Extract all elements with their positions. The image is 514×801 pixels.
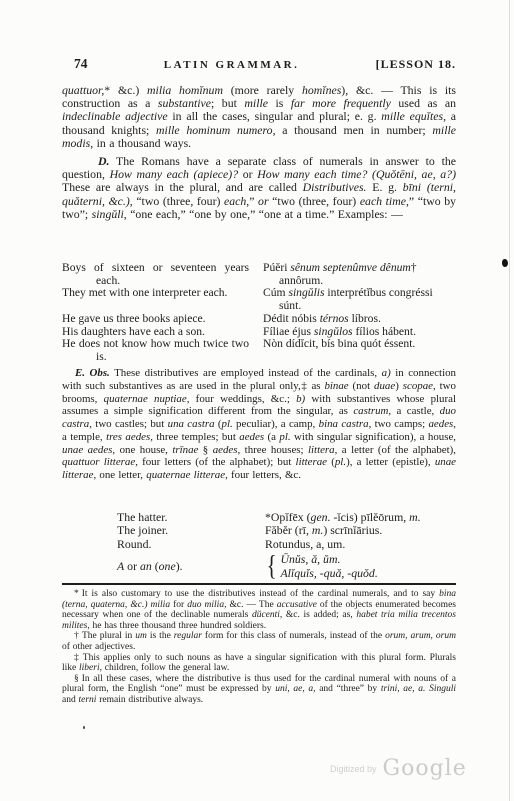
example-english: He does not know how much twice two is. — [62, 338, 263, 363]
vocab-row: The hatter. *Opĭfēx (gen. -ĭcis) pīlĕōru… — [62, 511, 456, 524]
paragraph-observation: E. Obs. These distributives are employed… — [62, 367, 456, 482]
lesson-label: [LESSON 18. — [376, 57, 456, 72]
example-row: Boys of sixteen or seventeen years each.… — [62, 262, 456, 287]
vocab-row: Round. Rotundus, a, um. — [62, 538, 456, 551]
book-page: 74 LATIN GRAMMAR. [LESSON 18. quattuor,*… — [0, 0, 514, 801]
vocab-row: A or an (one). { Ūnŭs, ă, ŭm. Alĭquĭs, -… — [62, 553, 456, 580]
footnote: *It is also customary to use the distrib… — [62, 589, 456, 631]
vocab-latin: Făbĕr (rī, m.) scrīnĭārius. — [265, 524, 456, 537]
example-english: Boys of sixteen or seventeen years each. — [62, 262, 263, 287]
footnote-divider — [62, 583, 456, 585]
ink-blot-artifact — [502, 259, 508, 267]
vocab-latin: Rotundus, a, um. — [265, 538, 456, 551]
running-title: LATIN GRAMMAR. — [164, 59, 300, 71]
example-row: He does not know how much twice two is. … — [62, 338, 456, 363]
vocab-latin-option: Alĭquĭs, -quă, -quŏd. — [280, 567, 377, 580]
paragraph-distributives: D. The Romans have a separate class of n… — [62, 155, 456, 221]
scan-edge-artifact — [509, 0, 511, 801]
footnote: ‡This applies only to such nouns as have… — [62, 653, 456, 674]
footnote-marker: † — [74, 631, 79, 641]
footnote-marker: * — [74, 589, 79, 599]
vocab-row: The joiner. Făbĕr (rī, m.) scrīnĭārius. — [62, 524, 456, 537]
footnote: †The plural in um is the regular form fo… — [62, 631, 456, 652]
footnote-text: It is also customary to use the distribu… — [62, 589, 456, 631]
vocab-latin: { Ūnŭs, ă, ŭm. Alĭquĭs, -quă, -quŏd. — [265, 553, 456, 580]
vocab-english: The joiner. — [117, 524, 265, 537]
ink-speck-artifact — [83, 726, 85, 729]
vocab-english: A or an (one). — [117, 560, 265, 573]
watermark-prefix: Digitized by — [330, 764, 377, 774]
page-number: 74 — [62, 56, 88, 72]
paragraph-mille-continuation: quattuor,* &c.) milia homĭnum (more rare… — [62, 84, 456, 150]
examples-table: Boys of sixteen or seventeen years each.… — [62, 262, 456, 364]
footnote-text: The plural in um is the regular form for… — [62, 631, 456, 652]
page-header: 74 LATIN GRAMMAR. [LESSON 18. — [62, 56, 456, 72]
vocab-latin-options: Ūnŭs, ă, ŭm. Alĭquĭs, -quă, -quŏd. — [280, 553, 377, 580]
footnotes-block: *It is also customary to use the distrib… — [62, 589, 456, 706]
example-english: They met with one interpreter each. — [62, 287, 263, 312]
watermark-brand: Google — [383, 756, 467, 781]
example-latin: Cúm singŭlis interprétĭbus congréssi sún… — [263, 287, 456, 312]
vocab-english: The hatter. — [117, 511, 265, 524]
brace-glyph: { — [267, 554, 277, 580]
example-latin: Nòn dídĭcit, bís bina quót éssent. — [263, 338, 456, 363]
footnote-text: In all these cases, where the distributi… — [62, 674, 456, 705]
footnote-text: This applies only to such nouns as have … — [62, 653, 456, 674]
vocabulary-list: The hatter. *Opĭfēx (gen. -ĭcis) pīlĕōru… — [62, 511, 456, 580]
vocab-latin: *Opĭfēx (gen. -ĭcis) pīlĕōrum, m. — [265, 511, 456, 524]
footnote-marker: § — [74, 674, 79, 684]
example-english: He gave us three books apiece. — [62, 313, 263, 326]
vocab-latin-option: Ūnŭs, ă, ŭm. — [280, 553, 377, 566]
footnote-marker: ‡ — [74, 653, 80, 663]
footnote: §In all these cases, where the distribut… — [62, 674, 456, 706]
google-watermark: Digitized by Google — [330, 756, 467, 781]
example-row: They met with one interpreter each. Cúm … — [62, 287, 456, 312]
vocab-english: Round. — [117, 538, 265, 551]
example-latin: Púĕri sênum septenûmve dênum† annôrum. — [263, 262, 456, 287]
